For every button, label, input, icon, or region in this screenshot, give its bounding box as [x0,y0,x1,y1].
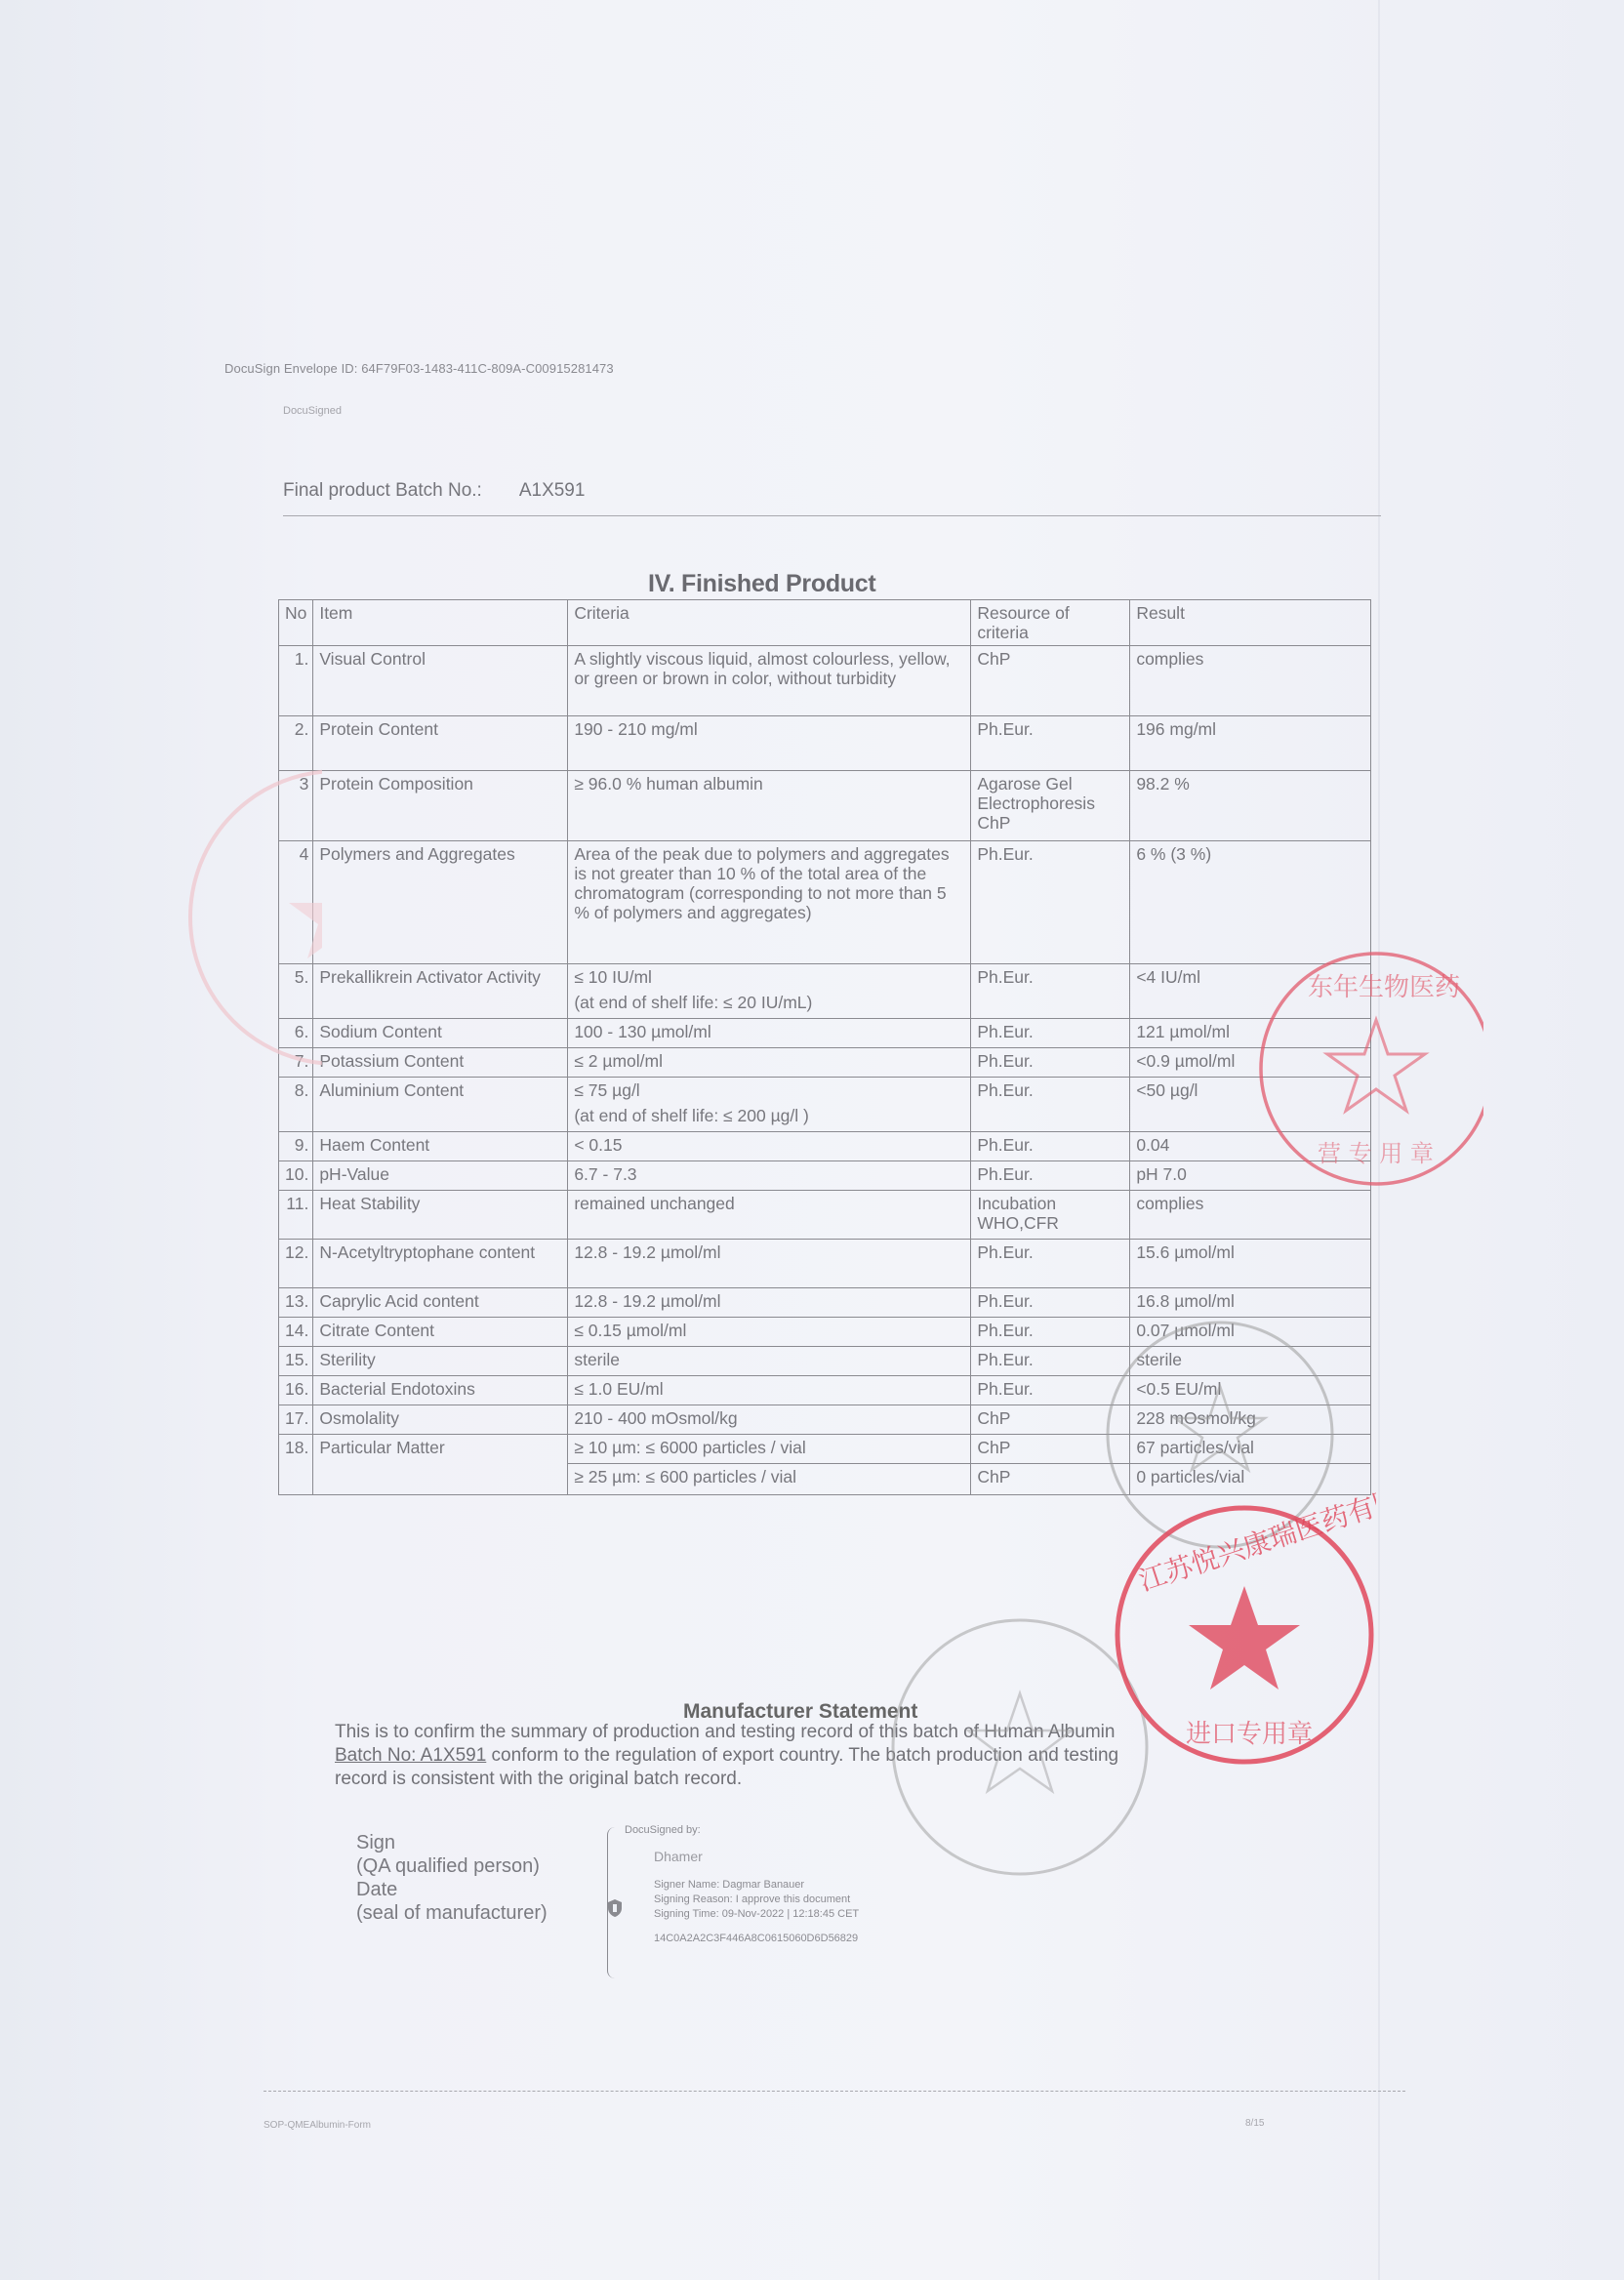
table-body: 1.Visual ControlA slightly viscous liqui… [279,646,1371,1495]
section-title: IV. Finished Product [648,570,875,598]
cell-result: <4 IU/ml [1130,964,1371,1019]
cell-resource: Ph.Eur. [971,1240,1130,1288]
cell-no: 2. [279,716,313,771]
cell-item: Osmolality [313,1405,568,1435]
statement-line1: This is to confirm the summary of produc… [335,1722,1115,1742]
cell-criteria-text: sterile [574,1350,620,1369]
cell-result: 6 % (3 %) [1130,841,1371,964]
cell-item-text: N-Acetyltryptophane content [319,1242,535,1262]
docusign-label: DocuSigned [283,405,342,417]
cell-item: Potassium Content [313,1048,568,1078]
cell-criteria: Area of the peak due to polymers and agg… [568,841,971,964]
cell-resource: Agarose Gel Electrophoresis ChP [971,771,1130,841]
table-row: 18.Particular Matter≥ 10 µm: ≤ 6000 part… [279,1435,1371,1464]
cell-resource-text: Ph.Eur. [977,1291,1033,1311]
cell-criteria-sub: (at end of shelf life: ≤ 200 µg/l ) [574,1106,964,1125]
cell-criteria-text: ≥ 96.0 % human albumin [574,774,762,794]
cell-criteria: sterile [568,1347,971,1376]
cell-no: 9. [279,1132,313,1161]
signing-time: Signing Time: 09-Nov-2022 | 12:18:45 CET [654,1907,859,1922]
cell-no: 18. [279,1435,313,1495]
cell-criteria: ≥ 10 µm: ≤ 6000 particles / vial [568,1435,971,1464]
signature-mark: Dhamer [654,1850,859,1864]
signature-labels: Sign (QA qualified person) Date (seal of… [356,1831,548,1925]
cell-resource-text: Ph.Eur. [977,1051,1033,1071]
cell-criteria: 100 - 130 µmol/ml [568,1019,971,1048]
cell-no-text: 14. [285,1321,308,1340]
docusigned-by: DocuSigned by: [625,1824,701,1836]
cell-result-text: 0.04 [1136,1135,1169,1155]
cell-result: <0.5 EU/ml [1130,1376,1371,1405]
cell-criteria-text: 12.8 - 19.2 µmol/ml [574,1242,720,1262]
cell-item-text: Visual Control [319,649,426,669]
cell-resource-text: Ph.Eur. [977,1164,1033,1184]
table-row: 11.Heat Stabilityremained unchangedIncub… [279,1191,1371,1240]
cell-item: Polymers and Aggregates [313,841,568,964]
cell-criteria-text: 100 - 130 µmol/ml [574,1022,710,1041]
cell-result: pH 7.0 [1130,1161,1371,1191]
cell-item-text: Osmolality [319,1408,399,1428]
batch-value: A1X591 [519,480,586,501]
cell-result-text: 228 mOsmol/kg [1136,1408,1256,1428]
cell-no-text: 15. [285,1350,308,1369]
table-row: 17.Osmolality210 - 400 mOsmol/kgChP228 m… [279,1405,1371,1435]
cell-no-text: 4 [300,844,309,864]
cell-item: Sterility [313,1347,568,1376]
cell-no-text: 17. [285,1408,308,1428]
table-row: 8.Aluminium Content≤ 75 µg/l(at end of s… [279,1078,1371,1132]
statement-batch: Batch No: A1X591 [335,1745,486,1766]
cell-criteria: 210 - 400 mOsmol/kg [568,1405,971,1435]
cell-result: 0.04 [1130,1132,1371,1161]
cell-result-text: 0.07 µmol/ml [1136,1321,1235,1340]
finished-product-table: No Item Criteria Resource of criteria Re… [278,599,1371,1495]
signing-reason: Signing Reason: I approve this document [654,1893,859,1907]
cell-no-text: 8. [295,1080,309,1100]
cell-criteria: A slightly viscous liquid, almost colour… [568,646,971,716]
cell-resource-text: Ph.Eur. [977,1321,1033,1340]
statement-body: This is to confirm the summary of produc… [335,1721,1369,1791]
cell-criteria-text: 190 - 210 mg/ml [574,719,697,739]
cell-item-text: Protein Composition [319,774,473,794]
cell-result: 67 particles/vial [1130,1435,1371,1464]
cell-criteria: ≤ 1.0 EU/ml [568,1376,971,1405]
cell-criteria-text: Area of the peak due to polymers and agg… [574,844,949,922]
cell-resource-text: Ph.Eur. [977,1242,1033,1262]
cell-item-text: Heat Stability [319,1194,420,1213]
cell-no-text: 1. [295,649,309,669]
docusign-envelope-id: DocuSign Envelope ID: 64F79F03-1483-411C… [224,361,614,376]
table-row: 12.N-Acetyltryptophane content12.8 - 19.… [279,1240,1371,1288]
cell-criteria-text: ≤ 1.0 EU/ml [574,1379,663,1399]
cell-item: Visual Control [313,646,568,716]
cell-item: pH-Value [313,1161,568,1191]
cell-result-text: pH 7.0 [1136,1164,1187,1184]
col-header-item: Item [313,600,568,646]
cell-resource-text: Ph.Eur. [977,1135,1033,1155]
cell-resource: ChP [971,1464,1130,1495]
cell-item-text: Polymers and Aggregates [319,844,514,864]
table-row: 5.Prekallikrein Activator Activity≤ 10 I… [279,964,1371,1019]
cell-no-text: 10. [285,1164,308,1184]
cell-resource-text: ChP [977,1408,1010,1428]
statement-line2: conform to the regulation of export coun… [486,1745,1118,1766]
cell-criteria-text: ≤ 75 µg/l [574,1080,639,1100]
cell-criteria-text: 210 - 400 mOsmol/kg [574,1408,737,1428]
cell-no-text: 7. [295,1051,309,1071]
signature-hash: 14C0A2A2C3F446A8C0615060D6D56829 [654,1932,859,1946]
cell-no: 13. [279,1288,313,1318]
table-row: 15.SterilitysterilePh.Eur.sterile [279,1347,1371,1376]
signer-name: Signer Name: Dagmar Banauer [654,1878,859,1893]
cell-resource: Ph.Eur. [971,1288,1130,1318]
cell-no: 14. [279,1318,313,1347]
cell-resource: Ph.Eur. [971,1376,1130,1405]
cell-criteria: ≤ 0.15 µmol/ml [568,1318,971,1347]
cell-result: 121 µmol/ml [1130,1019,1371,1048]
cell-no: 7. [279,1048,313,1078]
cell-resource: ChP [971,1405,1130,1435]
header-divider [283,515,1381,516]
table-row: 14.Citrate Content≤ 0.15 µmol/mlPh.Eur.0… [279,1318,1371,1347]
cell-result: complies [1130,1191,1371,1240]
cell-result: <0.9 µmol/ml [1130,1048,1371,1078]
cell-item-text: Citrate Content [319,1321,434,1340]
cell-criteria: ≥ 96.0 % human albumin [568,771,971,841]
cell-resource-text: Ph.Eur. [977,719,1033,739]
cell-item-text: Aluminium Content [319,1080,464,1100]
docusign-shield-icon [607,1898,623,1918]
cell-criteria: ≤ 2 µmol/ml [568,1048,971,1078]
cell-no: 6. [279,1019,313,1048]
table-row: 2.Protein Content190 - 210 mg/mlPh.Eur.1… [279,716,1371,771]
cell-resource: ChP [971,646,1130,716]
cell-resource-text: Ph.Eur. [977,1080,1033,1100]
cell-result: 0 particles/vial [1130,1464,1371,1495]
cell-result-text: complies [1136,1194,1203,1213]
label-seal: (seal of manufacturer) [356,1901,548,1925]
cell-item-text: Protein Content [319,719,438,739]
cell-no: 15. [279,1347,313,1376]
table-row: 3Protein Composition≥ 96.0 % human album… [279,771,1371,841]
cell-resource: Ph.Eur. [971,1078,1130,1132]
cell-criteria: ≤ 75 µg/l(at end of shelf life: ≤ 200 µg… [568,1078,971,1132]
cell-item-text: Bacterial Endotoxins [319,1379,475,1399]
cell-item-text: Sodium Content [319,1022,442,1041]
cell-item: Haem Content [313,1132,568,1161]
cell-result: 98.2 % [1130,771,1371,841]
cell-no: 11. [279,1191,313,1240]
cell-result: <50 µg/l [1130,1078,1371,1132]
cell-resource: Ph.Eur. [971,841,1130,964]
cell-resource-text: ChP [977,649,1010,669]
col-header-no: No [279,600,313,646]
cell-resource: Ph.Eur. [971,1048,1130,1078]
cell-result-text: <50 µg/l [1136,1080,1198,1100]
cell-result-text: <4 IU/ml [1136,967,1200,987]
cell-no-text: 2. [295,719,309,739]
table-row: 9.Haem Content< 0.15Ph.Eur.0.04 [279,1132,1371,1161]
cell-result: 0.07 µmol/ml [1130,1318,1371,1347]
footer-form-id: SOP-QMEAlbumin-Form [264,2120,371,2131]
cell-result-text: 16.8 µmol/ml [1136,1291,1235,1311]
cell-criteria-text: 6.7 - 7.3 [574,1164,636,1184]
cell-no: 3 [279,771,313,841]
cell-resource: Ph.Eur. [971,1019,1130,1048]
table-row: 6.Sodium Content100 - 130 µmol/mlPh.Eur.… [279,1019,1371,1048]
batch-label: Final product Batch No.: [283,480,482,501]
cell-no-text: 16. [285,1379,308,1399]
cell-resource: Ph.Eur. [971,1132,1130,1161]
cell-resource: Ph.Eur. [971,716,1130,771]
cell-item: Prekallikrein Activator Activity [313,964,568,1019]
label-sign: Sign [356,1831,548,1854]
cell-resource-text: Incubation WHO,CFR [977,1194,1059,1233]
cell-item-text: Haem Content [319,1135,429,1155]
cell-no: 4 [279,841,313,964]
footer-page-number: 8/15 [1245,2118,1264,2129]
cell-resource-text: Ph.Eur. [977,1350,1033,1369]
cell-item: Bacterial Endotoxins [313,1376,568,1405]
cell-result: 228 mOsmol/kg [1130,1405,1371,1435]
cell-criteria: ≥ 25 µm: ≤ 600 particles / vial [568,1464,971,1495]
cell-criteria-text: < 0.15 [574,1135,622,1155]
cell-no-text: 5. [295,967,309,987]
cell-no: 10. [279,1161,313,1191]
table-row: 10.pH-Value6.7 - 7.3Ph.Eur.pH 7.0 [279,1161,1371,1191]
cell-criteria: < 0.15 [568,1132,971,1161]
cell-no: 16. [279,1376,313,1405]
cell-no-text: 12. [285,1242,308,1262]
cell-result-text: 15.6 µmol/ml [1136,1242,1235,1262]
cell-item: Aluminium Content [313,1078,568,1132]
cell-resource: Ph.Eur. [971,1347,1130,1376]
cell-criteria: remained unchanged [568,1191,971,1240]
cell-no-text: 11. [286,1194,308,1213]
cell-criteria: 12.8 - 19.2 µmol/ml [568,1288,971,1318]
table-row: 7.Potassium Content≤ 2 µmol/mlPh.Eur.<0.… [279,1048,1371,1078]
cell-criteria: 190 - 210 mg/ml [568,716,971,771]
cell-criteria: 12.8 - 19.2 µmol/ml [568,1240,971,1288]
label-qa: (QA qualified person) [356,1854,548,1878]
cell-item: Heat Stability [313,1191,568,1240]
cell-resource-text: Ph.Eur. [977,1379,1033,1399]
cell-resource-text: Ph.Eur. [977,967,1033,987]
cell-item-text: Prekallikrein Activator Activity [319,967,541,987]
cell-item: Caprylic Acid content [313,1288,568,1318]
cell-item-text: Caprylic Acid content [319,1291,478,1311]
table-row: 1.Visual ControlA slightly viscous liqui… [279,646,1371,716]
cell-resource-text: Ph.Eur. [977,1022,1033,1041]
cell-no: 1. [279,646,313,716]
cell-no-text: 3 [300,774,309,794]
cell-criteria-text: remained unchanged [574,1194,734,1213]
cell-result-text: 98.2 % [1136,774,1189,794]
cell-result: 15.6 µmol/ml [1130,1240,1371,1288]
col-header-criteria: Criteria [568,600,971,646]
cell-result-text: 6 % (3 %) [1136,844,1211,864]
col-header-result: Result [1130,600,1371,646]
cell-item-text: Potassium Content [319,1051,464,1071]
cell-result-text: <0.9 µmol/ml [1136,1051,1235,1071]
cell-no-text: 9. [295,1135,309,1155]
cell-resource-text: Ph.Eur. [977,844,1033,864]
statement-line3: record is consistent with the original b… [335,1769,742,1789]
cell-result: complies [1130,646,1371,716]
cell-criteria: ≤ 10 IU/ml(at end of shelf life: ≤ 20 IU… [568,964,971,1019]
table-row: 4Polymers and AggregatesArea of the peak… [279,841,1371,964]
cell-criteria-sub: (at end of shelf life: ≤ 20 IU/mL) [574,993,964,1012]
table-header-row: No Item Criteria Resource of criteria Re… [279,600,1371,646]
cell-resource: Ph.Eur. [971,1318,1130,1347]
cell-resource-text: Agarose Gel Electrophoresis ChP [977,774,1095,833]
cell-result-text: 121 µmol/ml [1136,1022,1230,1041]
cell-result: 16.8 µmol/ml [1130,1288,1371,1318]
cell-criteria-text: ≤ 10 IU/ml [574,967,652,987]
table-row: 16.Bacterial Endotoxins≤ 1.0 EU/mlPh.Eur… [279,1376,1371,1405]
cell-resource: ChP [971,1435,1130,1464]
cell-result-text: sterile [1136,1350,1182,1369]
label-date: Date [356,1878,548,1901]
cell-criteria: 6.7 - 7.3 [568,1161,971,1191]
footer-divider [264,2091,1405,2092]
cell-no: 8. [279,1078,313,1132]
cell-resource: Ph.Eur. [971,964,1130,1019]
cell-item: Sodium Content [313,1019,568,1048]
scan-crease [1378,0,1380,2280]
cell-criteria-text: 12.8 - 19.2 µmol/ml [574,1291,720,1311]
batch-number-line: Final product Batch No.:A1X591 [283,480,585,502]
cell-no-text: 6. [295,1022,309,1041]
cell-result: 196 mg/ml [1130,716,1371,771]
cell-item: Citrate Content [313,1318,568,1347]
cell-no: 17. [279,1405,313,1435]
cell-resource: Incubation WHO,CFR [971,1191,1130,1240]
cell-result: sterile [1130,1347,1371,1376]
cell-result-text: complies [1136,649,1203,669]
cell-no-text: 13. [285,1291,308,1311]
cell-item: Particular Matter [313,1435,568,1495]
cell-item-text: pH-Value [319,1164,389,1184]
cell-item: N-Acetyltryptophane content [313,1240,568,1288]
cell-item-text: Sterility [319,1350,375,1369]
cell-no: 5. [279,964,313,1019]
cell-item: Protein Composition [313,771,568,841]
cell-result-text: <0.5 EU/ml [1136,1379,1221,1399]
cell-criteria-text: ≤ 2 µmol/ml [574,1051,663,1071]
col-header-resource: Resource of criteria [971,600,1130,646]
table-row: 13.Caprylic Acid content12.8 - 19.2 µmol… [279,1288,1371,1318]
cell-criteria-text: ≤ 0.15 µmol/ml [574,1321,686,1340]
cell-resource: Ph.Eur. [971,1161,1130,1191]
cell-result-text: 196 mg/ml [1136,719,1216,739]
docusign-signature-block: DocuSigned by: Dhamer Signer Name: Dagma… [625,1823,859,1946]
cell-item: Protein Content [313,716,568,771]
cell-criteria-text: A slightly viscous liquid, almost colour… [574,649,950,688]
cell-no: 12. [279,1240,313,1288]
